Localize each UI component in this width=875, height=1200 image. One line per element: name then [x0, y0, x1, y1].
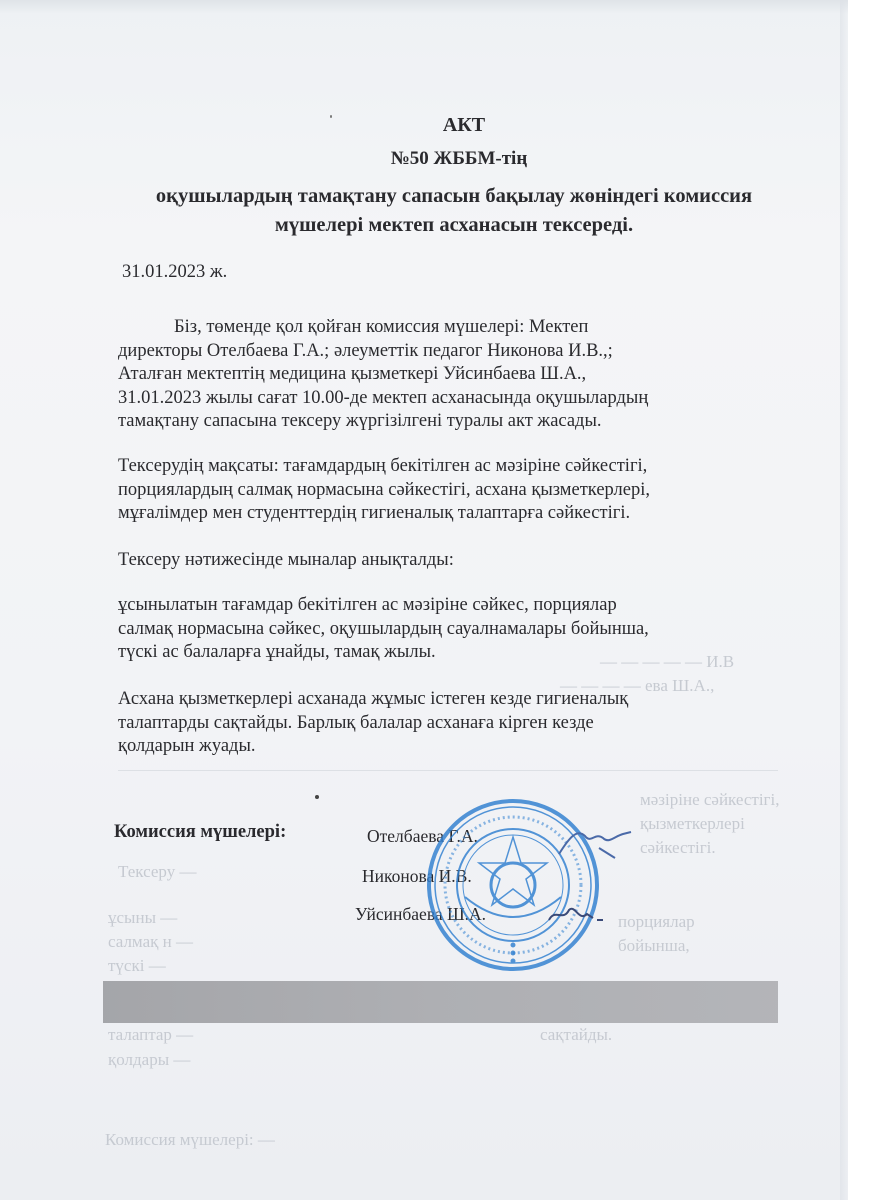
bleed-through-text: талаптар —	[108, 1025, 193, 1045]
paragraph-results-intro: Тексеру нәтижесінде мыналар анықталды:	[118, 549, 798, 573]
document-date: 31.01.2023 ж.	[122, 262, 227, 283]
text-line: Аталған мектептің медицина қызметкері Уй…	[118, 363, 798, 387]
ink-speck	[330, 115, 332, 118]
bleed-through-text: Тексеру —	[118, 862, 196, 882]
bleed-through-text: сәйкестігі.	[640, 838, 716, 858]
text-line: 31.01.2023 жылы сағат 10.00-де мектеп ас…	[118, 387, 798, 411]
bleed-through-text: мәзіріне сәйкестігі,	[640, 790, 780, 810]
document-subtitle: №50 ЖББМ-тің	[35, 148, 875, 170]
page-edge	[840, 0, 848, 1200]
document-heading: оқушылардың тамақтану сапасын бақылау жө…	[30, 182, 875, 240]
text-line: директоры Отелбаева Г.А.; әлеуметтік пед…	[118, 340, 798, 364]
paragraph-hygiene: Асхана қызметкерлері асханада жұмыс істе…	[118, 688, 798, 759]
paragraph-results: ұсынылатын тағамдар бекітілген ас мәзірі…	[118, 594, 798, 665]
text-line: тамақтану сапасына тексеру жүргізілгені …	[118, 410, 798, 434]
text-line: ұсынылатын тағамдар бекітілген ас мәзірі…	[118, 594, 798, 618]
heading-line: мүшелері мектеп асханасын тексереді.	[30, 211, 875, 240]
text-line: Тексерудің мақсаты: тағамдардың бекітілг…	[118, 455, 798, 479]
text-line: Асхана қызметкерлері асханада жұмыс істе…	[118, 688, 798, 712]
redaction-bar	[103, 981, 778, 1023]
bleed-through-text: порциялар	[618, 912, 695, 932]
text-line: салмақ нормасына сәйкес, оқушылардың сау…	[118, 618, 798, 642]
paragraph-intro: Біз, төменде қол қойған комиссия мүшелер…	[118, 316, 798, 434]
bleed-through-text	[118, 770, 778, 771]
bleed-through-text: қызметкерлері	[640, 814, 745, 834]
text-line: порциялардың салмақ нормасына сәйкестігі…	[118, 479, 798, 503]
paragraph-purpose: Тексерудің мақсаты: тағамдардың бекітілг…	[118, 455, 798, 526]
ink-speck	[315, 795, 319, 799]
bleed-through-text: Комиссия мүшелері: —	[105, 1130, 275, 1150]
document-title: АКТ	[40, 114, 875, 137]
text-line: Тексеру нәтижесінде мыналар анықталды:	[118, 549, 798, 573]
heading-line: оқушылардың тамақтану сапасын бақылау жө…	[30, 182, 875, 211]
text-line: қолдарын жуады.	[118, 735, 798, 759]
bleed-through-text: қолдары —	[108, 1050, 190, 1070]
signature-icon	[555, 818, 635, 868]
bleed-through-text: салмақ н —	[108, 932, 193, 952]
bleed-through-text: ұсыны —	[108, 908, 177, 928]
text-line: түскі ас балаларға ұнайды, тамақ жылы.	[118, 641, 798, 665]
bleed-through-text: сақтайды.	[540, 1025, 612, 1045]
commission-members-label: Комиссия мүшелері:	[114, 822, 286, 843]
text-line: Біз, төменде қол қойған комиссия мүшелер…	[118, 316, 798, 340]
signature-icon	[545, 900, 605, 930]
text-line: талаптарды сақтайды. Барлық балалар асха…	[118, 712, 798, 736]
bleed-through-text: түскі —	[108, 956, 166, 976]
bleed-through-text: бойынша,	[618, 936, 690, 956]
text-line: мұғалімдер мен студенттердің гигиеналық …	[118, 502, 798, 526]
scanned-page: — — — — — И.В — — — — ева Ш.А., мәзіріне…	[0, 0, 848, 1200]
